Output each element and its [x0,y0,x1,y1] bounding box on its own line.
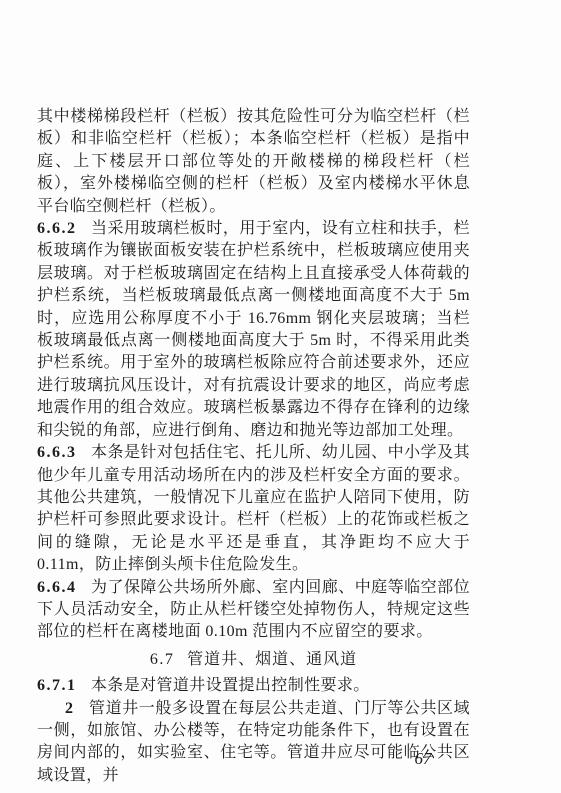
clause-number: 6.7.1 [37,677,77,694]
section-heading-title: 管道井、烟道、通风道 [187,651,357,668]
paragraph-text: 管道井一般多设置在每层公共走道、门厅等公共区域一侧，如旅馆、办公楼等，在特定功能… [37,700,470,784]
paragraph-continuation: 其中楼梯梯段栏杆（栏板）按其危险性可分为临空栏杆（栏板）和非临空栏杆（栏板）；本… [37,106,470,218]
paragraph-text: 为了保障公共场所外廊、室内回廊、中庭等临空部位下人员活动安全，防止从栏杆镂空处掉… [37,579,470,641]
subitem-number: 2 [65,700,75,717]
paragraph-subitem-2: 2管道井一般多设置在每层公共走道、门厅等公共区域一侧，如旅馆、办公楼等，在特定功… [37,698,470,788]
paragraph-text: 当采用玻璃栏板时，用于室内，设有立柱和扶手，栏板玻璃作为镶嵌面板安装在护栏系统中… [37,220,470,439]
page-number: 67 [405,749,441,769]
clause-number: 6.6.2 [37,220,77,237]
paragraph-clause-6-7-1: 6.7.1本条是对管道井设置提出控制性要求。 [37,675,470,697]
section-heading: 6.7管道井、烟道、通风道 [37,649,470,671]
text-block: 其中楼梯梯段栏杆（栏板）按其危险性可分为临空栏杆（栏板）和非临空栏杆（栏板）；本… [37,106,470,787]
paragraph-clause-6-6-4: 6.6.4为了保障公共场所外廊、室内回廊、中庭等临空部位下人员活动安全，防止从栏… [37,577,470,644]
paragraph-text: 其中楼梯梯段栏杆（栏板）按其危险性可分为临空栏杆（栏板）和非临空栏杆（栏板）；本… [37,108,470,215]
document-page: 其中楼梯梯段栏杆（栏板）按其危险性可分为临空栏杆（栏板）和非临空栏杆（栏板）；本… [0,0,561,793]
clause-number: 6.6.4 [37,579,77,596]
clause-number: 6.6.3 [37,444,77,461]
paragraph-text: 本条是针对包括住宅、托儿所、幼儿园、中小学及其他少年儿童专用活动场所在内的涉及栏… [37,444,470,573]
paragraph-clause-6-6-3: 6.6.3本条是针对包括住宅、托儿所、幼儿园、中小学及其他少年儿童专用活动场所在… [37,442,470,576]
paragraph-text: 本条是对管道井设置提出控制性要求。 [91,677,370,694]
section-heading-number: 6.7 [150,651,175,668]
paragraph-clause-6-6-2: 6.6.2当采用玻璃栏板时，用于室内，设有立柱和扶手，栏板玻璃作为镶嵌面板安装在… [37,218,470,442]
